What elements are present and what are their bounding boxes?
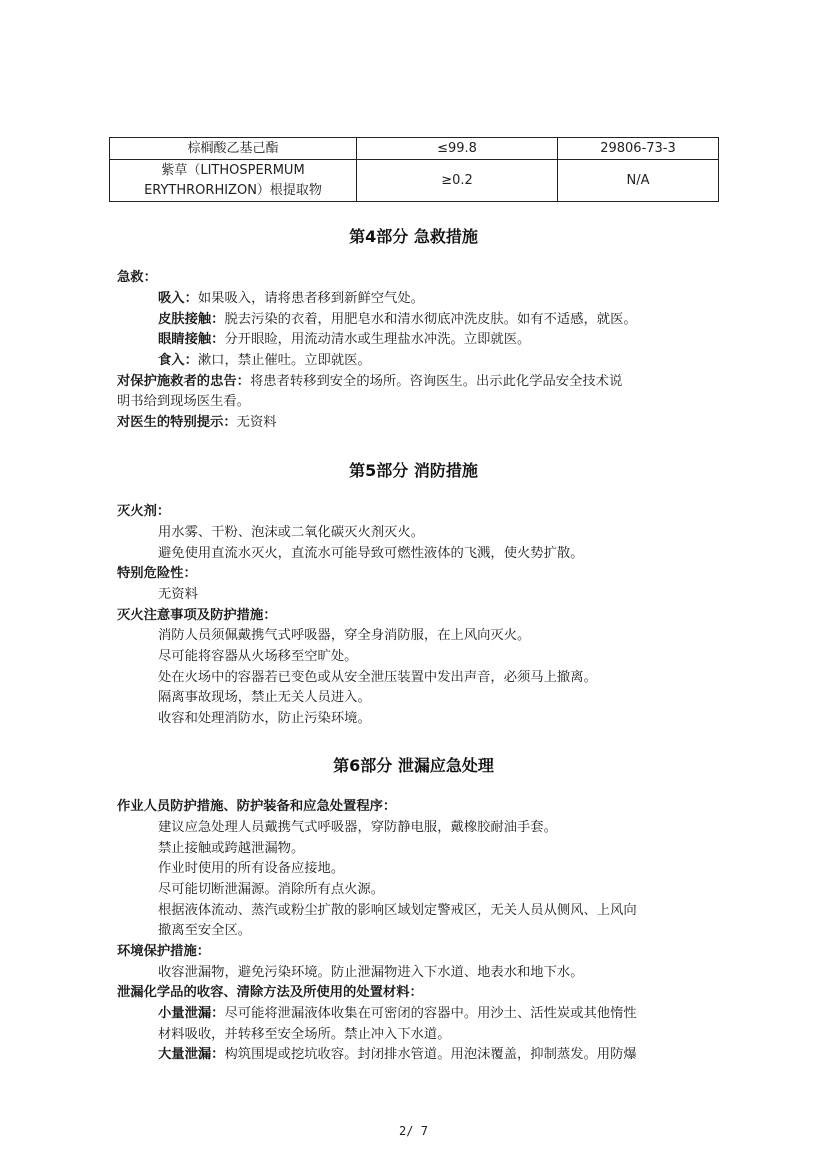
environmental-measures-label: 环境保护措施： (117, 942, 210, 963)
extinguishing-label: 灭火剂： (117, 502, 170, 523)
small-spill-text-cont: 材料吸收，并转移至安全场所。禁止冲入下水道。 (158, 1025, 451, 1046)
precaution-line: 收容和处理消防水，防止污染环境。 (158, 709, 371, 730)
ingestion-label: 食入： (158, 353, 198, 368)
precaution-line: 处在火场中的容器若已变色或从安全泄压装置中发出声音，必须马上撤离。 (158, 668, 597, 689)
rescuer-advice-text: 将患者转移到安全的场所。咨询医生。出示此化学品安全技术说 (250, 374, 622, 389)
table-row: 紫草（LITHOSPERMUM ERYTHRORHIZON）根提取物 ≥0.2 … (110, 160, 719, 202)
precaution-line: 尽可能将容器从火场移至空旷处。 (158, 647, 357, 668)
composition-table: 棕榈酸乙基己酯 ≤99.8 29806-73-3 紫草（LITHOSPERMUM… (109, 137, 719, 202)
personnel-measures-label: 作业人员防护措施、防护装备和应急处置程序： (117, 797, 396, 818)
firefighting-precautions-label: 灭火注意事项及防护措施： (117, 606, 277, 627)
section-5-title: 第5部分 消防措施 (0, 458, 827, 481)
special-hazard-label: 特别危险性： (117, 564, 197, 585)
ingredient-cas: N/A (558, 160, 719, 202)
table-row: 棕榈酸乙基己酯 ≤99.8 29806-73-3 (110, 138, 719, 160)
ingredient-concentration: ≥0.2 (357, 160, 558, 202)
skin-contact-text: 脱去污染的衣着，用肥皂水和清水彻底冲洗皮肤。如有不适感，就医。 (224, 312, 636, 327)
personnel-line: 根据液体流动、蒸汽或粉尘扩散的影响区域划定警戒区，无关人员从侧风、上风向 (158, 901, 637, 922)
section-4-title: 第4部分 急救措施 (0, 224, 827, 247)
small-spill-label: 小量泄漏： (158, 1006, 224, 1021)
rescuer-advice-text-cont: 明书给到现场医生看。 (117, 392, 250, 413)
first-aid-label: 急救： (117, 268, 157, 289)
precaution-line: 隔离事故现场，禁止无关人员进入。 (158, 688, 371, 709)
ingredient-cas: 29806-73-3 (558, 138, 719, 160)
personnel-line: 尽可能切断泄漏源。消除所有点火源。 (158, 880, 384, 901)
ingestion-item: 食入：漱口，禁止催吐。立即就医。 (158, 351, 371, 372)
rescuer-advice-label: 对保护施救者的忠告： (117, 374, 250, 389)
ingredient-name: 紫草（LITHOSPERMUM ERYTHRORHIZON）根提取物 (110, 160, 357, 202)
document-page: 棕榈酸乙基己酯 ≤99.8 29806-73-3 紫草（LITHOSPERMUM… (0, 0, 827, 1169)
large-spill-text: 构筑围堤或挖坑收容。封闭排水管道。用泡沫覆盖，抑制蒸发。用防爆 (224, 1047, 636, 1062)
page-number: 2/ 7 (0, 1124, 827, 1138)
special-hazard-text: 无资料 (158, 585, 198, 606)
personnel-line: 作业时使用的所有设备应接地。 (158, 859, 344, 880)
precaution-line: 消防人员须佩戴携气式呼吸器，穿全身消防服，在上风向灭火。 (158, 626, 530, 647)
ingredient-name-line-1: 紫草（LITHOSPERMUM (114, 161, 352, 181)
personnel-line: 撤离至安全区。 (158, 921, 251, 942)
doctor-note-label: 对医生的特别提示： (117, 415, 237, 430)
extinguishing-line: 用水雾、干粉、泡沫或二氧化碳灭火剂灭火。 (158, 523, 424, 544)
large-spill-label: 大量泄漏： (158, 1047, 224, 1062)
ingredient-name-line-2: ERYTHRORHIZON）根提取物 (114, 181, 352, 201)
ingestion-text: 漱口，禁止催吐。立即就医。 (198, 353, 371, 368)
inhalation-item: 吸入：如果吸入，请将患者移到新鲜空气处。 (158, 289, 424, 310)
environmental-measures-text: 收容泄漏物，避免污染环境。防止泄漏物进入下水道、地表水和地下水。 (158, 963, 584, 984)
inhalation-text: 如果吸入，请将患者移到新鲜空气处。 (198, 291, 424, 306)
extinguishing-line: 避免使用直流水灭火，直流水可能导致可燃性液体的飞溅，使火势扩散。 (158, 544, 584, 565)
skin-contact-item: 皮肤接触：脱去污染的衣着，用肥皂水和清水彻底冲洗皮肤。如有不适感，就医。 (158, 310, 637, 331)
doctor-note-item: 对医生的特别提示：无资料 (117, 413, 277, 434)
rescuer-advice-item: 对保护施救者的忠告：将患者转移到安全的场所。咨询医生。出示此化学品安全技术说 (117, 372, 622, 393)
inhalation-label: 吸入： (158, 291, 198, 306)
large-spill-item: 大量泄漏：构筑围堤或挖坑收容。封闭排水管道。用泡沫覆盖，抑制蒸发。用防爆 (158, 1045, 637, 1066)
section-6-title: 第6部分 泄漏应急处理 (0, 753, 827, 776)
eye-contact-label: 眼睛接触： (158, 332, 224, 347)
skin-contact-label: 皮肤接触： (158, 312, 224, 327)
ingredient-concentration: ≤99.8 (357, 138, 558, 160)
cleanup-methods-label: 泄漏化学品的收容、清除方法及所使用的处置材料： (117, 983, 423, 1004)
personnel-line: 建议应急处理人员戴携气式呼吸器，穿防静电服，戴橡胶耐油手套。 (158, 818, 557, 839)
small-spill-text: 尽可能将泄漏液体收集在可密闭的容器中。用沙土、活性炭或其他惰性 (224, 1006, 636, 1021)
doctor-note-text: 无资料 (237, 415, 277, 430)
small-spill-item: 小量泄漏：尽可能将泄漏液体收集在可密闭的容器中。用沙土、活性炭或其他惰性 (158, 1004, 637, 1025)
eye-contact-text: 分开眼睑，用流动清水或生理盐水冲洗。立即就医。 (224, 332, 530, 347)
personnel-line: 禁止接触或跨越泄漏物。 (158, 839, 304, 860)
ingredient-name: 棕榈酸乙基己酯 (110, 138, 357, 160)
eye-contact-item: 眼睛接触：分开眼睑，用流动清水或生理盐水冲洗。立即就医。 (158, 330, 530, 351)
